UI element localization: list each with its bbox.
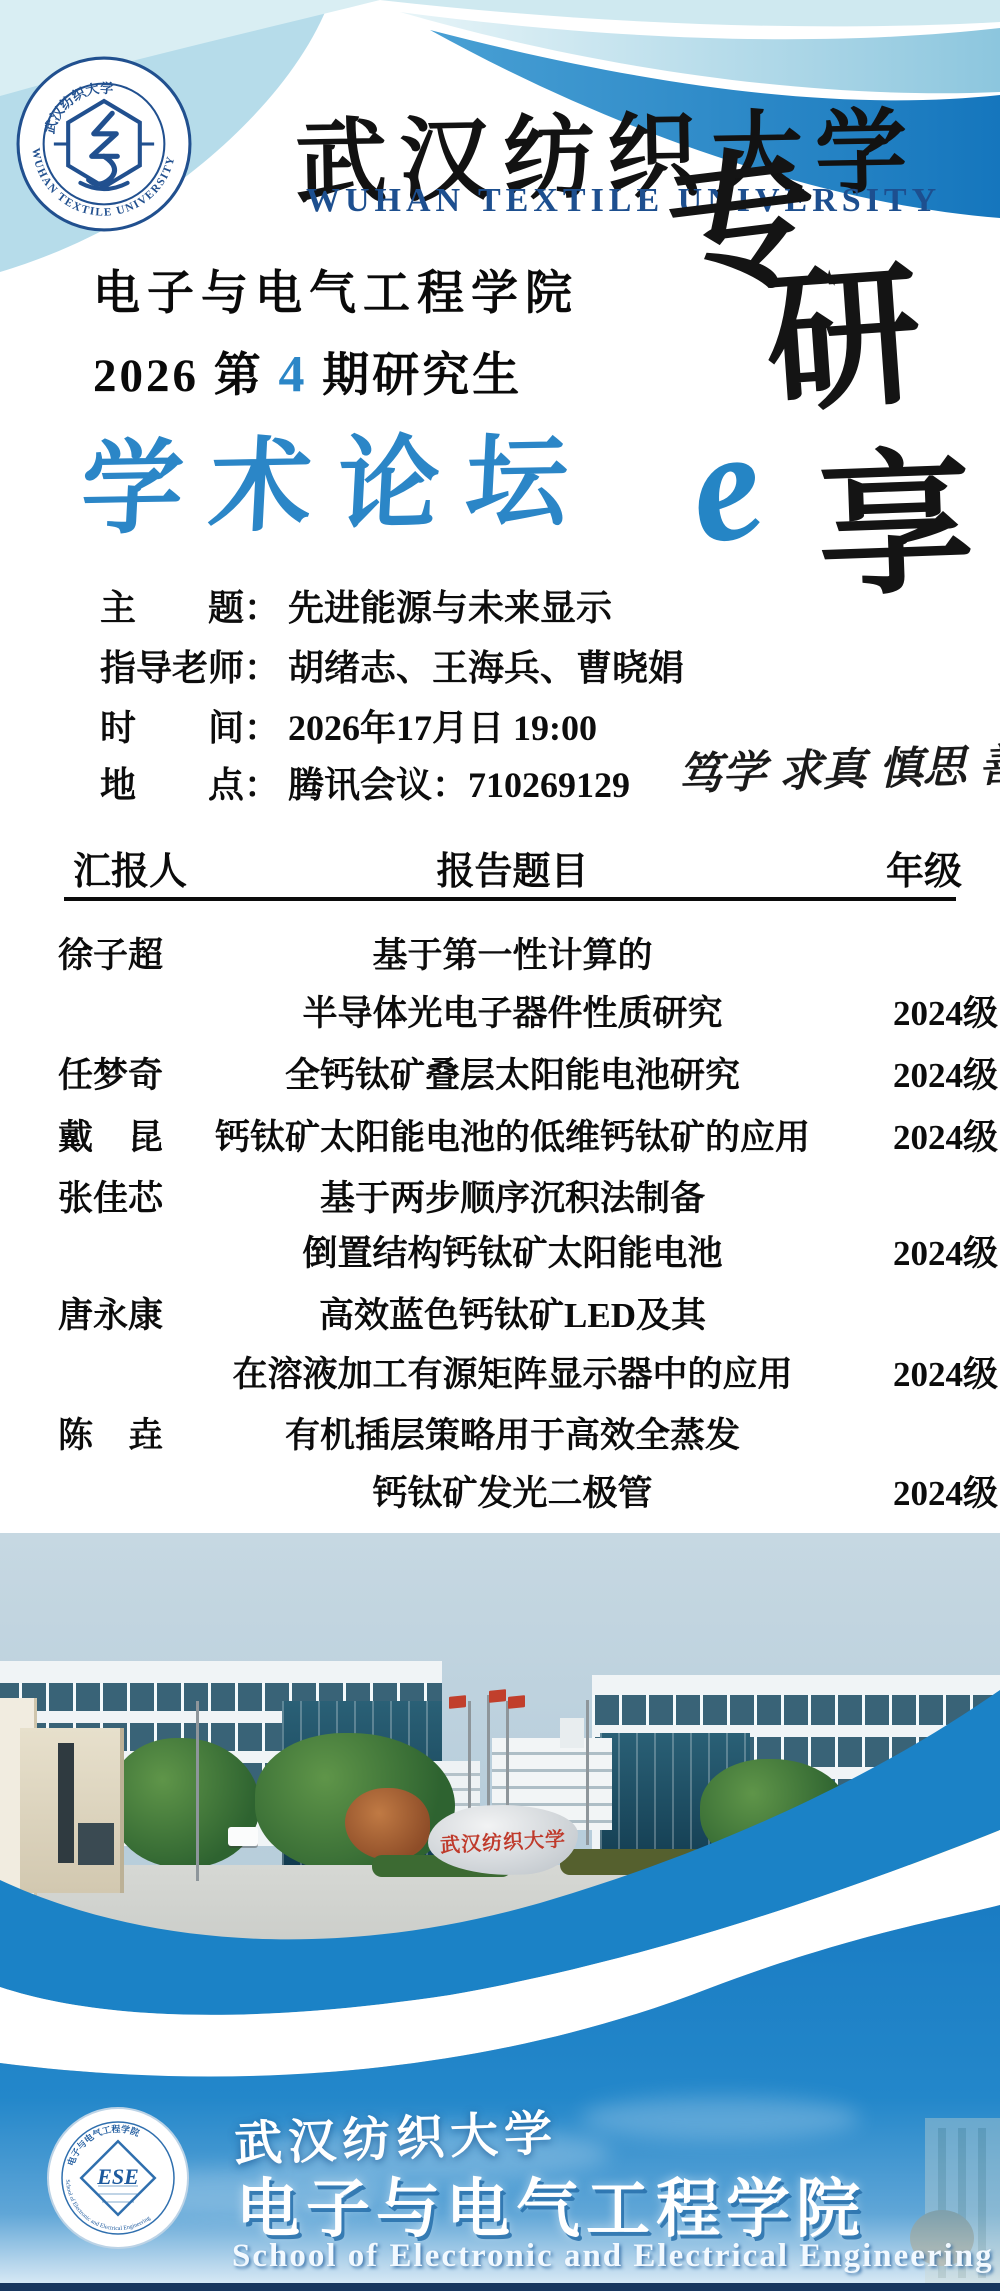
slogan-char-xiang: 享 (815, 445, 975, 605)
slogan-char-yan: 研 (761, 257, 926, 422)
grade: 2024级 (850, 1110, 998, 1160)
detail-advisors-label: 指导老师： (100, 648, 280, 688)
presenter-name: 唐永康 (58, 1288, 208, 1338)
forum-title-calligraphy: 学术论坛 (78, 400, 598, 555)
school-seal-letters: ESE (96, 2164, 139, 2189)
grade: 2024级 (850, 1347, 998, 1397)
school-seal-logo: 电子与电气工程学院 School of Electronic and Elect… (46, 2106, 190, 2250)
report-title: 基于两步顺序沉积法制备 (190, 1171, 835, 1221)
detail-advisors-value: 胡绪志、王海兵、曹晓娟 (288, 648, 684, 688)
poster-page: 武汉纺织大学 WUHAN TEXTILE UNIVERSITY 武汉纺织大学 W… (0, 0, 1000, 2291)
report-title: 有机插层策略用于高效全蒸发 (190, 1408, 835, 1458)
detail-location-label: 地 点： (100, 765, 280, 805)
detail-time: 时 间：2026年17月日 19:00 (100, 700, 597, 751)
footer-school-name-cn: 电子与电气工程学院 (236, 2158, 866, 2250)
grade: 2024级 (850, 986, 998, 1036)
column-header-title: 报告题目 (190, 840, 835, 895)
presenter-name: 张佳芯 (58, 1171, 208, 1221)
column-header-grade: 年级 (850, 840, 998, 895)
bottom-navy-strip (0, 2283, 1000, 2291)
handwritten-motto: 笃学 求真 慎思 善创 (677, 728, 1000, 802)
detail-topic-label: 主 题： (100, 588, 280, 628)
report-title: 钙钛矿发光二极管 (190, 1466, 835, 1516)
detail-time-label: 时 间： (100, 708, 280, 748)
report-title: 在溶液加工有源矩阵显示器中的应用 (190, 1347, 835, 1397)
report-title: 基于第一性计算的 (190, 928, 835, 978)
grade: 2024级 (850, 1048, 998, 1098)
presenter-name: 徐子超 (58, 928, 208, 978)
detail-advisors: 指导老师：胡绪志、王海兵、曹晓娟 (100, 640, 684, 691)
detail-topic: 主 题：先进能源与未来显示 (100, 580, 612, 631)
university-seal-logo: 武汉纺织大学 WUHAN TEXTILE UNIVERSITY (16, 56, 192, 232)
detail-location: 地 点：腾讯会议：710269129 (100, 757, 630, 808)
report-title: 全钙钛矿叠层太阳能电池研究 (190, 1048, 835, 1098)
college-title: 电子与电气工程学院 (93, 256, 579, 323)
session-prefix: 2026 第 (93, 350, 279, 402)
report-title: 倒置结构钙钛矿太阳能电池 (190, 1226, 835, 1276)
report-title: 高效蓝色钙钛矿LED及其 (190, 1288, 835, 1338)
presenter-name: 任梦奇 (58, 1048, 208, 1098)
university-name-en: WUHAN TEXTILE UNIVERSITY (306, 182, 941, 220)
forum-session-line: 2026 第 4 期研究生 (93, 338, 522, 405)
grade: 2024级 (850, 1226, 998, 1276)
report-title: 半导体光电子器件性质研究 (190, 986, 835, 1036)
column-header-presenter: 汇报人 (55, 840, 205, 895)
grade: 2024级 (850, 1466, 998, 1516)
session-number: 4 (279, 346, 308, 403)
footer-school-name-en: School of Electronic and Electrical Engi… (232, 2238, 994, 2275)
detail-location-value: 腾讯会议：710269129 (288, 765, 630, 805)
session-suffix: 期研究生 (308, 350, 523, 402)
presenter-name: 陈 垚 (58, 1408, 208, 1458)
report-title: 钙钛矿太阳能电池的低维钙钛矿的应用 (190, 1110, 835, 1160)
detail-time-value: 2026年17月日 19:00 (288, 708, 597, 748)
detail-topic-value: 先进能源与未来显示 (288, 588, 612, 628)
presenter-name: 戴 昆 (58, 1110, 208, 1160)
table-divider-line (64, 897, 956, 901)
